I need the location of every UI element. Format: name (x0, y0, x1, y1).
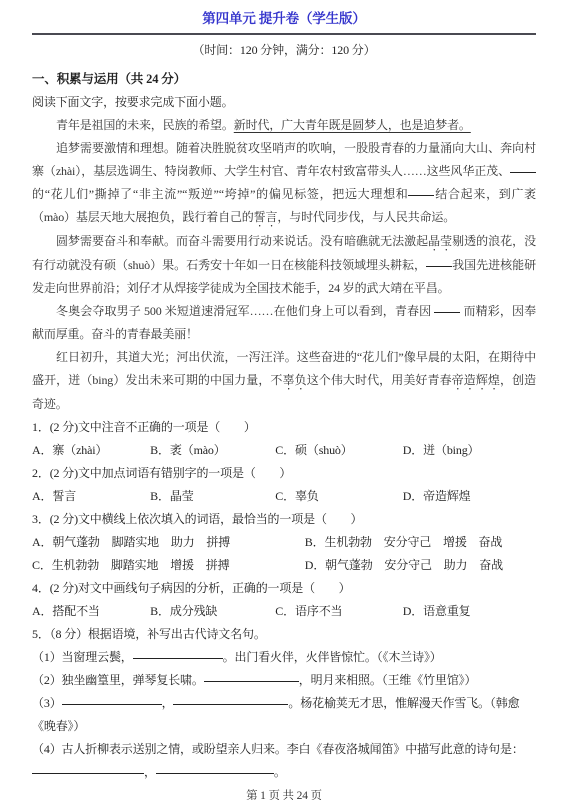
question-option: B．袤（mào） (150, 439, 275, 462)
question-stem: 1．(2 分)文中注音不正确的一项是（ ） (32, 416, 536, 439)
underlined-sentence: 新时代，广大青年既是圆梦人，也是追梦者。 (234, 118, 471, 132)
passage-text: ， (144, 765, 156, 779)
passage-text: 冬奥会夺取男子 500 米短道速滑冠军……在他们身上可以看到，青春因 (56, 304, 434, 318)
passage-text: 追梦需要激情和理想。随着决胜脱贫攻坚哨声的吹响，一股股青春的力量涌向大山、奔向村… (32, 141, 536, 178)
fill-in-blank-line (133, 646, 223, 659)
question-options: A．誓言B．晶莹C．辜负D．帝造辉煌 (32, 485, 536, 508)
question-option: B．成分残缺 (150, 600, 275, 623)
passage-text: 。出门看火伴，火伴皆惊忙。（《木兰诗》） (223, 650, 442, 664)
fill-in-blank-line (204, 669, 299, 682)
fill-in-blank-line (426, 254, 452, 267)
passage-text: （4）古人折柳表示送别之情，或盼望亲人归来。李白《春夜洛城闻笛》中描写此意的诗句… (32, 742, 524, 756)
question-block-3: 3．(2 分)文中横线上依次填入的词语，最恰当的一项是（ ） A．朝气蓬勃 脚踏… (32, 508, 536, 577)
passage: 青年是祖国的未来，民族的希望。新时代，广大青年既是圆梦人，也是追梦者。 追梦需要… (32, 114, 536, 416)
question-options: A．朝气蓬勃 脚踏实地 助力 拼搏B．生机勃勃 安分守己 增援 奋战C．生机勃勃… (32, 531, 536, 577)
passage-text: （3） (32, 696, 62, 710)
section-heading: 一、积累与运用（共 24 分） (32, 68, 536, 91)
question-stem: 4．(2 分)对文中画线句子病因的分析，正确的一项是（ ） (32, 577, 536, 600)
question-option: A．搭配不当 (32, 600, 150, 623)
question-option: D．朝气蓬勃 安分守己 助力 奋战 (305, 554, 536, 577)
question-option: C．生机勃勃 脚踏实地 增援 拼搏 (32, 554, 305, 577)
question-option: B．生机勃勃 安分守己 增援 奋战 (305, 531, 536, 554)
question-block-5: 5．（8 分）根据语境，补写出古代诗文名句。 （1）当窗理云鬓， 。出门看火伴，… (32, 623, 536, 784)
dotted-emphasis-word: 帝造辉煌 (452, 373, 500, 387)
passage-text: ， (162, 696, 174, 710)
fill-in-blank-line (32, 761, 144, 774)
question-option: C．辜负 (275, 485, 402, 508)
question-block-2: 2．(2 分)文中加点词语有错别字的一项是（ ） A．誓言B．晶莹C．辜负D．帝… (32, 462, 536, 508)
question-block-1: 1．(2 分)文中注音不正确的一项是（ ） A．寨（zhài）B．袤（mào）C… (32, 416, 536, 462)
passage-intro: 阅读下面文字，按要求完成下面小题。 (32, 91, 536, 114)
fill-in-blank-line (62, 692, 162, 705)
question-option: D．语意重复 (403, 600, 536, 623)
dotted-emphasis-word: 晶莹 (428, 234, 452, 248)
question-option: A．寨（zhài） (32, 439, 150, 462)
passage-text: 圆梦需要奋斗和奉献。而奋斗需要用行动来说话。没有暗礁就无法激起 (56, 234, 428, 248)
header-divider (32, 33, 536, 35)
sub-question-3: （3） ， 。杨花榆荚无才思，惟解漫天作雪飞。（韩愈《晚春》） (32, 692, 536, 738)
passage-text: （1）当窗理云鬓， (32, 650, 133, 664)
passage-paragraph: 红日初升，其道大光；河出伏流，一泻汪洋。这些奋进的“花儿们”像早晨的太阳，在期待… (32, 346, 536, 416)
question-option: C．硕（shuò） (275, 439, 402, 462)
dotted-emphasis-word: 辜负 (283, 373, 307, 387)
passage-text: ，明月来相照。（王维《竹里馆》） (299, 673, 477, 687)
page-footer: 第 1 页 共 24 页 (32, 786, 536, 800)
question-option: A．朝气蓬勃 脚踏实地 助力 拼搏 (32, 531, 305, 554)
page-title: 第四单元 提升卷（学生版） (32, 8, 536, 29)
sub-question-1: （1）当窗理云鬓， 。出门看火伴，火伴皆惊忙。（《木兰诗》） (32, 646, 536, 669)
question-option: C．语序不当 (275, 600, 402, 623)
question-option: D．帝造辉煌 (403, 485, 536, 508)
dotted-emphasis-word: 誓言 (254, 210, 278, 224)
passage-paragraph: 青年是祖国的未来，民族的希望。新时代，广大青年既是圆梦人，也是追梦者。 (32, 114, 536, 137)
sub-question-4: （4）古人折柳表示送别之情，或盼望亲人归来。李白《春夜洛城闻笛》中描写此意的诗句… (32, 738, 536, 784)
fill-in-blank-line (434, 300, 460, 313)
passage-text: （2）独坐幽篁里，弹琴复长啸。 (32, 673, 204, 687)
passage-paragraph: 冬奥会夺取男子 500 米短道速滑冠军……在他们身上可以看到，青春因 而精彩，因… (32, 300, 536, 346)
question-option: A．誓言 (32, 485, 150, 508)
fill-in-blank-line (156, 761, 274, 774)
question-stem: 5．（8 分）根据语境，补写出古代诗文名句。 (32, 623, 536, 646)
passage-text: 青年是祖国的未来，民族的希望。 (56, 118, 234, 132)
question-stem: 2．(2 分)文中加点词语有错别字的一项是（ ） (32, 462, 536, 485)
passage-paragraph: 追梦需要激情和理想。随着决胜脱贫攻坚哨声的吹响，一股股青春的力量涌向大山、奔向村… (32, 137, 536, 230)
passage-paragraph: 圆梦需要奋斗和奉献。而奋斗需要用行动来说话。没有暗礁就无法激起晶莹剔透的浪花，没… (32, 230, 536, 300)
passage-text: 这个伟大时代，用美好青春 (307, 373, 452, 387)
question-option: B．晶莹 (150, 485, 275, 508)
fill-in-blank-line (173, 692, 288, 705)
question-options: A．搭配不当B．成分残缺C．语序不当D．语意重复 (32, 600, 536, 623)
question-option: D．迸（bing） (403, 439, 536, 462)
question-block-4: 4．(2 分)对文中画线句子病因的分析，正确的一项是（ ） A．搭配不当B．成分… (32, 577, 536, 623)
question-stem: 3．(2 分)文中横线上依次填入的词语，最恰当的一项是（ ） (32, 508, 536, 531)
fill-in-blank-line (510, 160, 536, 173)
passage-text: 。 (274, 765, 286, 779)
exam-meta: （时间：120 分钟，满分：120 分） (32, 39, 536, 62)
passage-text: ，与时代同步伐，与人民共命运。 (277, 210, 455, 224)
fill-in-blank-line (408, 183, 434, 196)
passage-text: 的“花儿们”撕掉了“非主流”“叛逆”“垮掉”的偏见标签，把远大理想和 (32, 187, 408, 201)
sub-question-2: （2）独坐幽篁里，弹琴复长啸。 ，明月来相照。（王维《竹里馆》） (32, 669, 536, 692)
question-options: A．寨（zhài）B．袤（mào）C．硕（shuò）D．迸（bing） (32, 439, 536, 462)
